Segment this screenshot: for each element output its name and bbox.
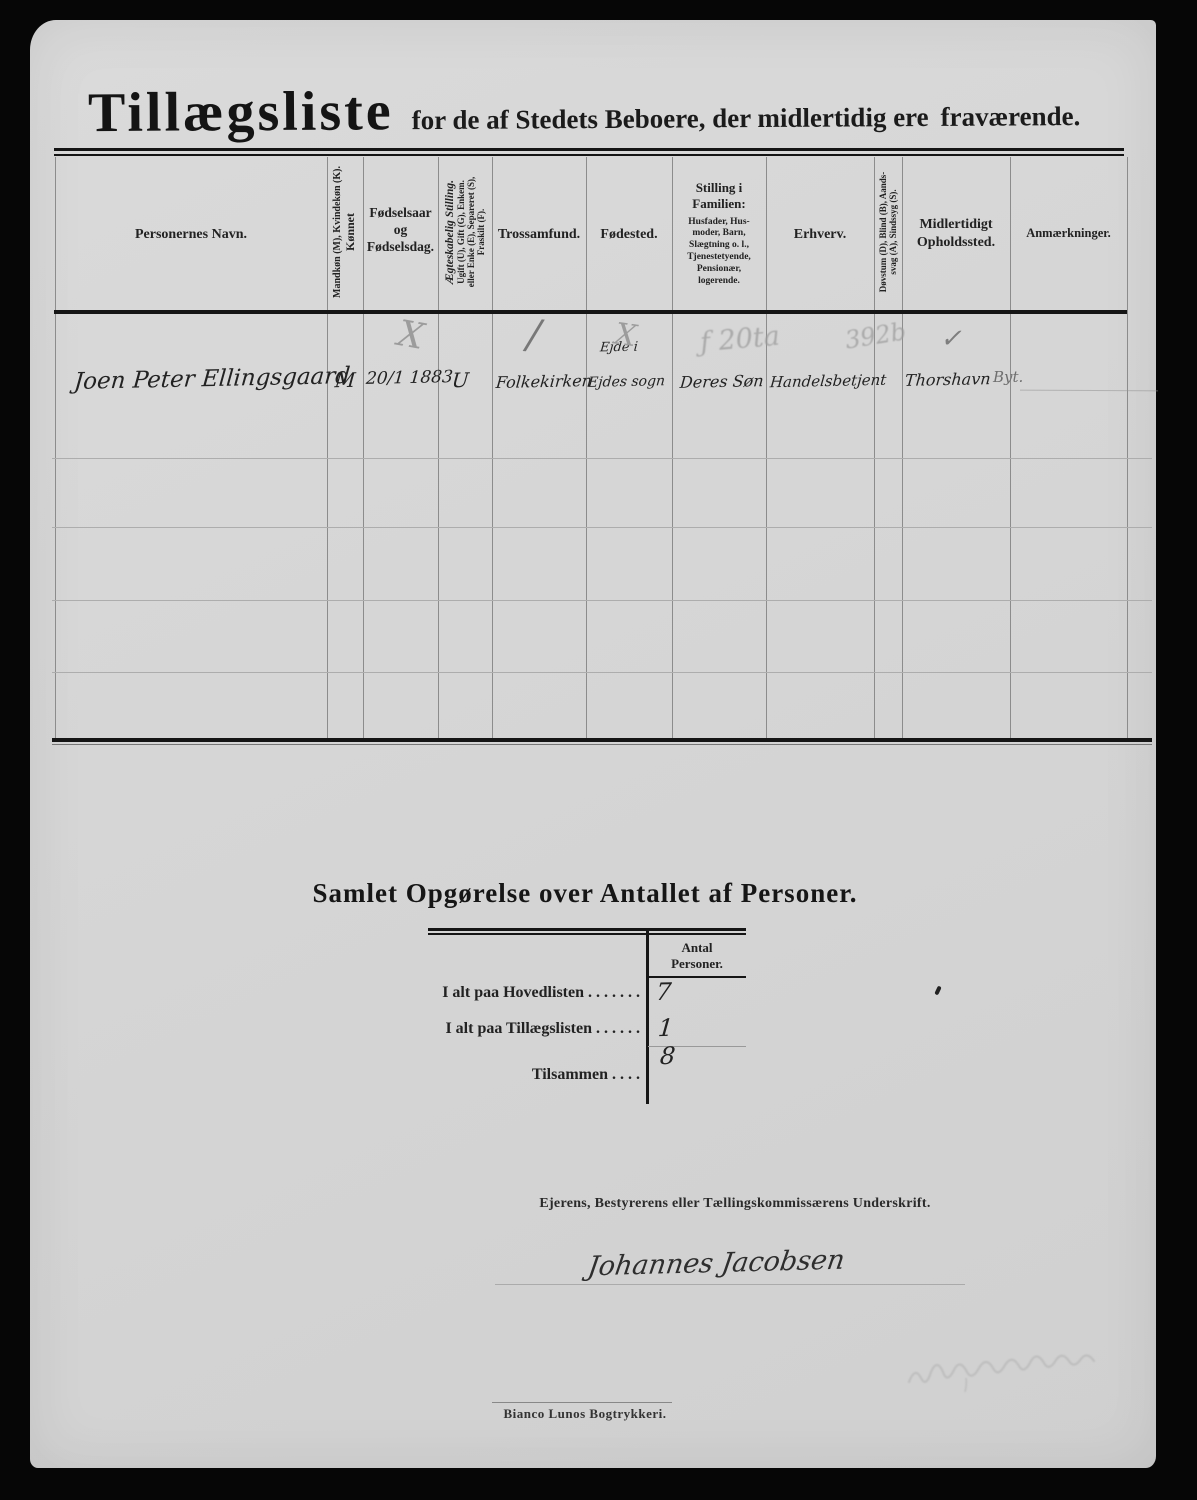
entry-residence-pencil: Byt. xyxy=(993,368,1023,386)
column-header-religion: Trossamfund. xyxy=(492,226,586,244)
sex-legend: Mandkøn (M), Kvindekøn (K). xyxy=(332,166,343,298)
row-line xyxy=(52,672,1152,673)
column-header-marital: Ægteskabelig Stilling. Ugift (U), Gift (… xyxy=(438,157,492,307)
column-header-residence: Midlertidigt Opholdssted. xyxy=(902,216,1010,251)
marital-label: Ægteskabelig Stilling. xyxy=(444,180,456,284)
row-line xyxy=(52,600,1152,601)
entry-birthplace: Ejdes sogn xyxy=(587,373,665,391)
printer-rule xyxy=(492,1402,672,1403)
column-header-remarks: Anmærkninger. xyxy=(1010,226,1127,242)
pencil-check-mark: ✓ xyxy=(940,324,962,354)
column-divider xyxy=(492,157,493,740)
summary-title: Samlet Opgørelse over Antallet af Person… xyxy=(240,878,930,909)
signature-caption: Ejerens, Bestyrerens eller Tællingskommi… xyxy=(500,1196,970,1212)
summary-label-hovedlisten: I alt paa Hovedlisten . . . . . . . xyxy=(300,984,640,1002)
signature-line xyxy=(495,1284,965,1285)
header-rule xyxy=(54,310,1127,314)
summary-rule-top xyxy=(428,928,746,931)
column-header-disability: Døvstum (D), Blind (B), Aands- svag (A),… xyxy=(874,157,902,307)
column-divider xyxy=(586,157,587,740)
table-border-left xyxy=(55,157,56,740)
page-subtitle: for de af Stedets Beboere, der midlertid… xyxy=(412,102,929,135)
table-bottom-rule-thin xyxy=(52,744,1152,745)
entry-birth: 20/1 1883 xyxy=(365,367,454,389)
column-header-name: Personernes Navn. xyxy=(57,226,325,244)
summary-rule-top2 xyxy=(428,933,746,935)
page-subtitle-emphasis: fraværende. xyxy=(941,101,1081,132)
sex-label: Kønnet xyxy=(343,213,358,251)
entry-sex: M xyxy=(334,368,356,392)
entry-marital: U xyxy=(451,368,470,392)
printer-mark: Bianco Lunos Bogtrykkeri. xyxy=(470,1406,700,1422)
summary-value-hovedlisten: 7 xyxy=(655,978,673,1006)
row-line xyxy=(52,458,1152,459)
summary-value-tilsammen: 8 xyxy=(659,1042,677,1070)
page-header: Tillægsliste for de af Stedets Beboere, … xyxy=(88,75,1108,145)
title-rule-bottom xyxy=(54,154,1124,156)
column-header-family: Stilling i Familien: Husfader, Hus- mode… xyxy=(672,180,766,288)
title-rule-top xyxy=(54,148,1124,151)
column-header-occupation: Erhverv. xyxy=(766,226,874,244)
page-title: Tillægsliste xyxy=(88,80,394,144)
column-header-birthplace: Fødested. xyxy=(586,226,672,244)
column-header-birth: Fødselsaar og Fødselsdag. xyxy=(363,205,438,256)
summary-label-tilsammen: Tilsammen . . . . xyxy=(300,1066,640,1084)
entry-family: Deres Søn xyxy=(679,371,764,392)
pencil-scribble xyxy=(905,1348,1100,1398)
column-divider xyxy=(1010,157,1011,740)
entry-occupation: Handelsbetjent xyxy=(769,371,887,391)
summary-label-tillaegslisten: I alt paa Tillægslisten . . . . . . xyxy=(300,1020,640,1038)
column-header-sex: Mandkøn (M), Kvindekøn (K). Kønnet xyxy=(327,157,363,307)
entry-religion: Folkekirken xyxy=(495,371,593,392)
column-divider xyxy=(766,157,767,740)
table-bottom-rule xyxy=(52,738,1152,742)
row-line xyxy=(52,527,1152,528)
entry-residence: Thorshavn xyxy=(904,369,991,390)
table-border-right xyxy=(1127,157,1128,740)
scanned-census-page: Tillægsliste for de af Stedets Beboere, … xyxy=(0,0,1197,1500)
summary-value-tillaegslisten: 1 xyxy=(657,1014,675,1042)
summary-column-header: Antal Personer. xyxy=(648,940,746,973)
